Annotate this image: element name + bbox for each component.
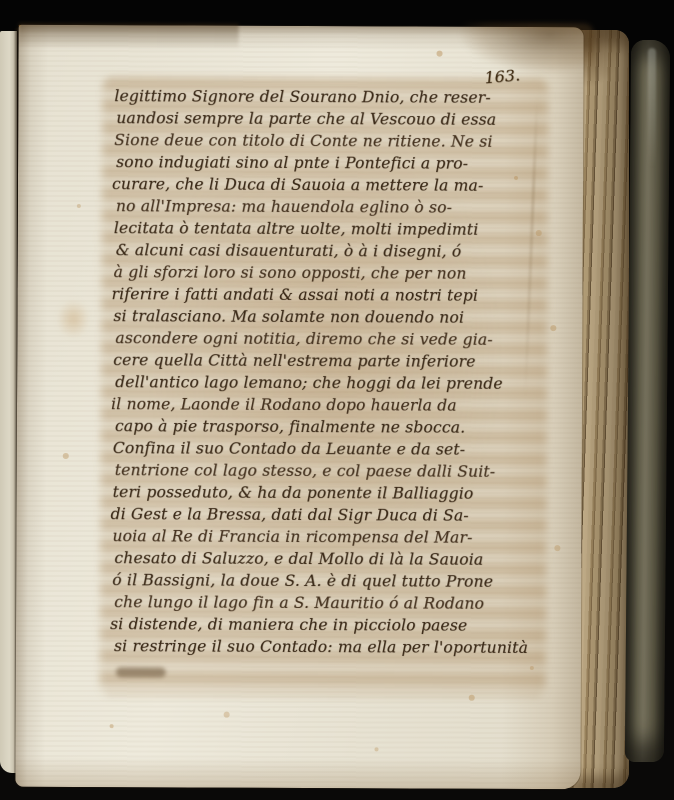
foxing-spots: [19, 25, 21, 27]
cloth-highlight: [648, 48, 656, 168]
margin-stain: [51, 293, 95, 345]
manuscript-line: Sione deue con titolo di Conte ne ritien…: [114, 129, 550, 153]
manuscript-line: teri posseduto, & ha da ponente il Balli…: [113, 481, 549, 505]
manuscript-line: tentrione col lago stesso, e col paese d…: [115, 459, 551, 483]
manuscript-line: si tralasciano. Ma solamte non douendo n…: [113, 305, 549, 329]
manuscript-line: legittimo Signore del Sourano Dnio, che …: [114, 85, 550, 109]
text-block: legittimo Signore del Sourano Dnio, che …: [112, 85, 550, 659]
manuscript-line: Confina il suo Contado da Leuante e da s…: [113, 437, 549, 461]
manuscript-line: di Gest e la Bressa, dati dal Sigr Duca …: [110, 503, 546, 527]
manuscript-line: il nome, Laonde il Rodano dopo hauerla d…: [111, 393, 547, 417]
manuscript-line: sono indugiati sino al pnte i Pontefici …: [116, 151, 552, 175]
manuscript-line: uoia al Re di Francia in ricompensa del …: [112, 525, 548, 549]
scanned-book-page: 163. legittimo Signore del Sourano Dnio,…: [0, 0, 674, 800]
manuscript-line: à gli sforzi loro si sono opposti, che p…: [114, 261, 550, 285]
top-edge-soiling: [19, 23, 239, 50]
manuscript-line: lecitata ò tentata altre uolte, molti im…: [114, 217, 550, 241]
manuscript-line: si distende, di maniera che in picciolo …: [110, 613, 546, 637]
manuscript-line: no all'Impresa: ma hauendola eglino ò so…: [116, 195, 552, 219]
manuscript-line: & alcuni casi disauenturati, ò à i diseg…: [116, 239, 552, 263]
manuscript-line: che lungo il lago fin a S. Mauritio ó al…: [114, 591, 550, 615]
manuscript-line: cere quella Città nell'estrema parte inf…: [113, 349, 549, 373]
manuscript-line: ó il Bassigni, la doue S. A. è di quel t…: [112, 569, 548, 593]
ink-smudge: [116, 667, 166, 677]
manuscript-leaf: 163. legittimo Signore del Sourano Dnio,…: [15, 25, 583, 789]
manuscript-line: curare, che li Duca di Sauoia a mettere …: [112, 173, 548, 197]
manuscript-line: riferire i fatti andati & assai noti a n…: [111, 283, 547, 307]
manuscript-line: chesato di Saluzzo, e dal Mollo di là la…: [114, 547, 550, 571]
manuscript-line: ascondere ogni notitia, diremo che si ve…: [115, 327, 551, 351]
manuscript-line: si restringe il suo Contado: ma ella per…: [114, 635, 550, 659]
manuscript-line: dell'antico lago lemano; che hoggi da le…: [115, 371, 551, 395]
folio-number: 163.: [484, 65, 521, 87]
manuscript-line: capo à pie trasporso, finalmente ne sboc…: [115, 415, 551, 439]
manuscript-line: uandosi sempre la parte che al Vescouo d…: [116, 107, 552, 131]
